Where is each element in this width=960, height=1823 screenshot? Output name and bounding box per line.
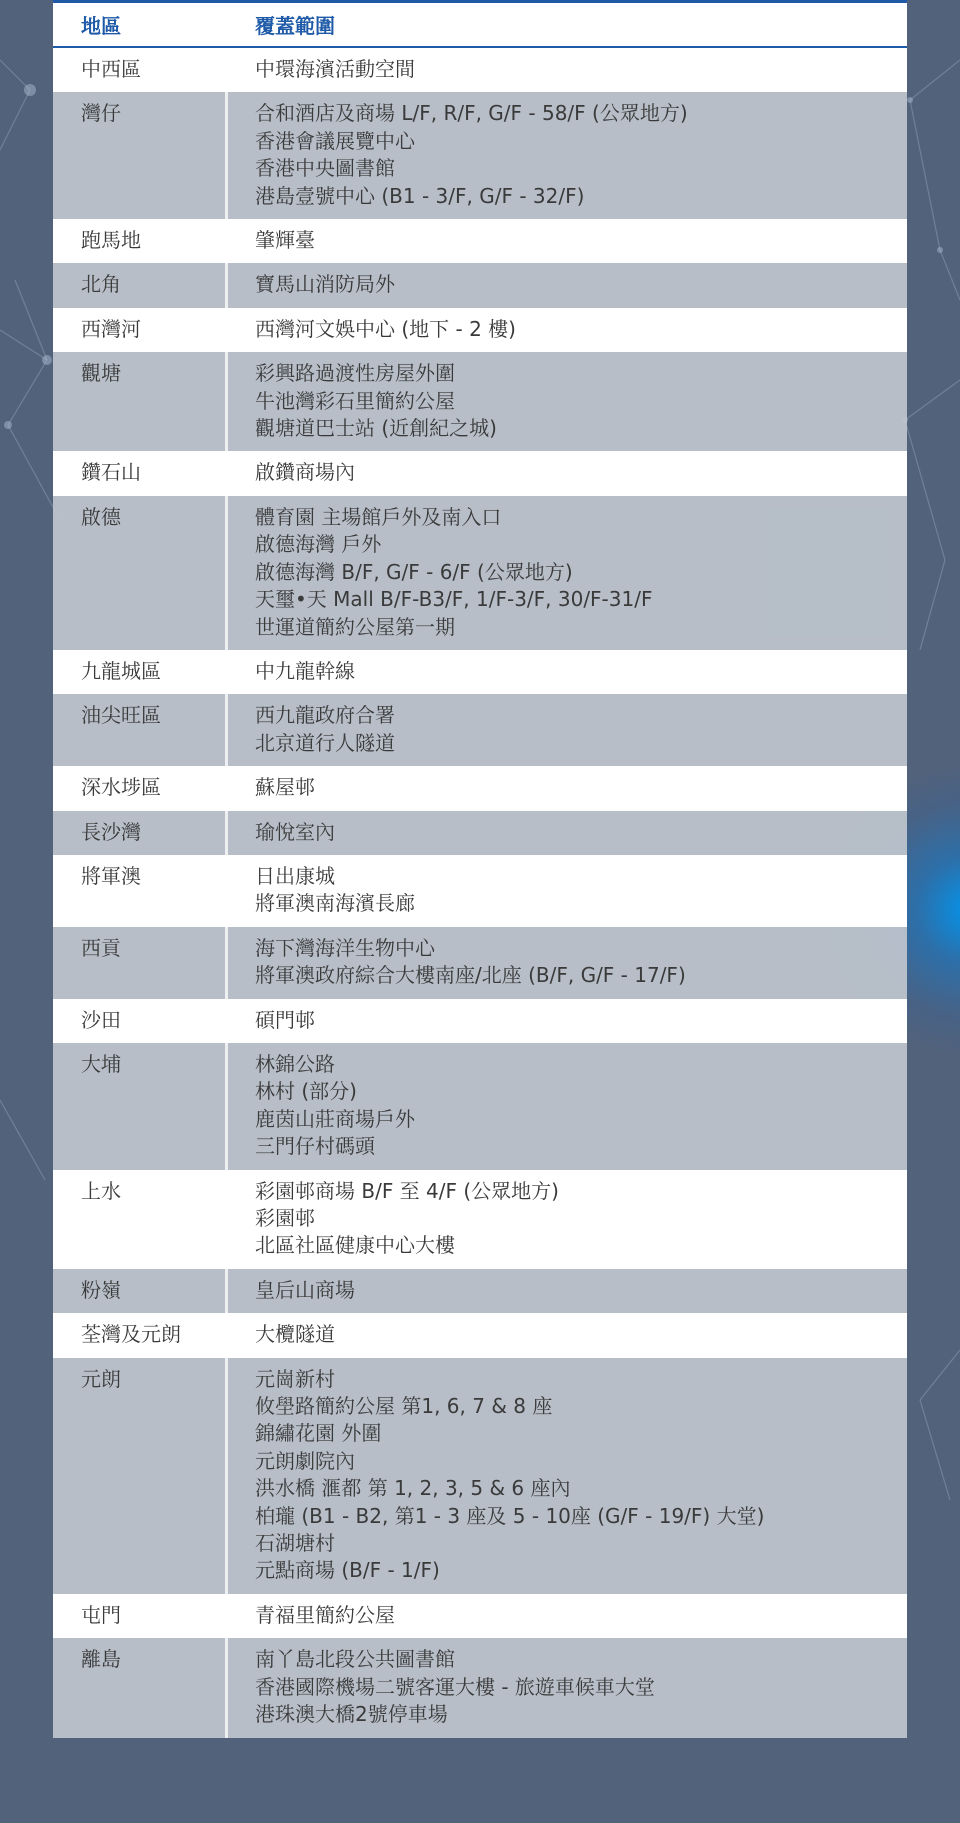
table-row: 上水彩園邨商場 B/F 至 4/F (公眾地方)彩園邨北區社區健康中心大樓 xyxy=(53,1170,907,1269)
location-item: 元朗劇院內 xyxy=(255,1448,907,1475)
table-row: 西貢海下灣海洋生物中心將軍澳政府綜合大樓南座/北座 (B/F, G/F - 17… xyxy=(53,927,907,999)
district-cell: 粉嶺 xyxy=(53,1269,228,1313)
location-item: 皇后山商場 xyxy=(255,1277,907,1304)
coverage-cell: 肇輝臺 xyxy=(228,219,907,263)
table-row: 西灣河西灣河文娛中心 (地下 - 2 樓) xyxy=(53,308,907,352)
location-item: 日出康城 xyxy=(255,863,907,890)
location-item: 觀塘道巴士站 (近創紀之城) xyxy=(255,415,907,442)
table-row: 大埔林錦公路林村 (部分)鹿茵山莊商場戶外三門仔村碼頭 xyxy=(53,1043,907,1170)
coverage-cell: 林錦公路林村 (部分)鹿茵山莊商場戶外三門仔村碼頭 xyxy=(228,1043,907,1170)
table-row: 屯門青福里簡約公屋 xyxy=(53,1594,907,1638)
coverage-cell: 元崗新村攸壆路簡約公屋 第1, 6, 7 & 8 座錦繡花園 外圍元朗劇院內洪水… xyxy=(228,1358,907,1594)
table-row: 長沙灣瑜悅室內 xyxy=(53,811,907,855)
coverage-cell: 西九龍政府合署北京道行人隧道 xyxy=(228,694,907,766)
coverage-cell: 瑜悅室內 xyxy=(228,811,907,855)
location-item: 元崗新村 xyxy=(255,1366,907,1393)
district-cell: 九龍城區 xyxy=(53,650,228,694)
district-cell: 中西區 xyxy=(53,48,228,92)
coverage-cell: 海下灣海洋生物中心將軍澳政府綜合大樓南座/北座 (B/F, G/F - 17/F… xyxy=(228,927,907,999)
table-row: 粉嶺皇后山商場 xyxy=(53,1269,907,1313)
district-cell: 屯門 xyxy=(53,1594,228,1638)
district-cell: 大埔 xyxy=(53,1043,228,1170)
location-item: 體育園 主場館戶外及南入口 xyxy=(255,504,907,531)
location-item: 香港會議展覽中心 xyxy=(255,128,907,155)
location-item: 啟德海灣 戶外 xyxy=(255,531,907,558)
district-cell: 觀塘 xyxy=(53,352,228,451)
table-row: 啟德體育園 主場館戶外及南入口啟德海灣 戶外啟德海灣 B/F, G/F - 6/… xyxy=(53,496,907,650)
table-row: 元朗元崗新村攸壆路簡約公屋 第1, 6, 7 & 8 座錦繡花園 外圍元朗劇院內… xyxy=(53,1358,907,1594)
location-item: 碩門邨 xyxy=(255,1007,907,1034)
coverage-cell: 皇后山商場 xyxy=(228,1269,907,1313)
coverage-cell: 大欖隧道 xyxy=(228,1313,907,1357)
table-row: 北角寶馬山消防局外 xyxy=(53,263,907,307)
location-item: 林錦公路 xyxy=(255,1051,907,1078)
table-header: 地區 覆蓋範圍 xyxy=(53,3,907,48)
location-item: 攸壆路簡約公屋 第1, 6, 7 & 8 座 xyxy=(255,1393,907,1420)
district-cell: 灣仔 xyxy=(53,92,228,219)
coverage-cell: 彩園邨商場 B/F 至 4/F (公眾地方)彩園邨北區社區健康中心大樓 xyxy=(228,1170,907,1269)
location-item: 世運道簡約公屋第一期 xyxy=(255,614,907,641)
coverage-cell: 碩門邨 xyxy=(228,999,907,1043)
district-cell: 西灣河 xyxy=(53,308,228,352)
table-row: 荃灣及元朗大欖隧道 xyxy=(53,1313,907,1357)
location-item: 青福里簡約公屋 xyxy=(255,1602,907,1629)
location-item: 彩園邨 xyxy=(255,1205,907,1232)
location-item: 中環海濱活動空間 xyxy=(255,56,907,83)
location-item: 北京道行人隧道 xyxy=(255,730,907,757)
location-item: 牛池灣彩石里簡約公屋 xyxy=(255,388,907,415)
location-item: 彩園邨商場 B/F 至 4/F (公眾地方) xyxy=(255,1178,907,1205)
coverage-cell: 寶馬山消防局外 xyxy=(228,263,907,307)
district-cell: 荃灣及元朗 xyxy=(53,1313,228,1357)
table-row: 深水埗區蘇屋邨 xyxy=(53,766,907,810)
coverage-cell: 啟鑽商場內 xyxy=(228,451,907,495)
coverage-cell: 中九龍幹線 xyxy=(228,650,907,694)
district-cell: 元朗 xyxy=(53,1358,228,1594)
coverage-cell: 彩興路過渡性房屋外圍牛池灣彩石里簡約公屋觀塘道巴士站 (近創紀之城) xyxy=(228,352,907,451)
location-item: 海下灣海洋生物中心 xyxy=(255,935,907,962)
coverage-cell: 體育園 主場館戶外及南入口啟德海灣 戶外啟德海灣 B/F, G/F - 6/F … xyxy=(228,496,907,650)
location-item: 啟德海灣 B/F, G/F - 6/F (公眾地方) xyxy=(255,559,907,586)
location-item: 將軍澳南海濱長廊 xyxy=(255,890,907,917)
location-item: 柏瓏 (B1 - B2, 第1 - 3 座及 5 - 10座 (G/F - 19… xyxy=(255,1503,907,1530)
location-item: 大欖隧道 xyxy=(255,1321,907,1348)
coverage-cell: 中環海濱活動空間 xyxy=(228,48,907,92)
district-cell: 沙田 xyxy=(53,999,228,1043)
location-item: 肇輝臺 xyxy=(255,227,907,254)
location-item: 北區社區健康中心大樓 xyxy=(255,1232,907,1259)
district-cell: 啟德 xyxy=(53,496,228,650)
location-item: 港島壹號中心 (B1 - 3/F, G/F - 32/F) xyxy=(255,183,907,210)
location-item: 香港中央圖書館 xyxy=(255,155,907,182)
location-item: 蘇屋邨 xyxy=(255,774,907,801)
district-cell: 將軍澳 xyxy=(53,855,228,927)
district-cell: 離島 xyxy=(53,1638,228,1737)
coverage-cell: 日出康城將軍澳南海濱長廊 xyxy=(228,855,907,927)
table-row: 鑽石山啟鑽商場內 xyxy=(53,451,907,495)
district-cell: 北角 xyxy=(53,263,228,307)
location-item: 啟鑽商場內 xyxy=(255,459,907,486)
location-item: 合和酒店及商場 L/F, R/F, G/F - 58/F (公眾地方) xyxy=(255,100,907,127)
table-row: 將軍澳日出康城將軍澳南海濱長廊 xyxy=(53,855,907,927)
district-cell: 跑馬地 xyxy=(53,219,228,263)
district-cell: 西貢 xyxy=(53,927,228,999)
district-cell: 鑽石山 xyxy=(53,451,228,495)
table-row: 跑馬地肇輝臺 xyxy=(53,219,907,263)
location-item: 天璽•天 Mall B/F-B3/F, 1/F-3/F, 30/F-31/F xyxy=(255,586,907,613)
coverage-cell: 青福里簡約公屋 xyxy=(228,1594,907,1638)
table-row: 九龍城區中九龍幹線 xyxy=(53,650,907,694)
location-item: 錦繡花園 外圍 xyxy=(255,1420,907,1447)
location-item: 寶馬山消防局外 xyxy=(255,271,907,298)
location-item: 南丫島北段公共圖書館 xyxy=(255,1646,907,1673)
location-item: 瑜悅室內 xyxy=(255,819,907,846)
header-district: 地區 xyxy=(53,10,228,39)
header-coverage: 覆蓋範圍 xyxy=(228,10,907,39)
location-item: 西灣河文娛中心 (地下 - 2 樓) xyxy=(255,316,907,343)
location-item: 林村 (部分) xyxy=(255,1078,907,1105)
location-item: 三門仔村碼頭 xyxy=(255,1133,907,1160)
location-item: 港珠澳大橋2號停車場 xyxy=(255,1701,907,1728)
table-row: 灣仔合和酒店及商場 L/F, R/F, G/F - 58/F (公眾地方)香港會… xyxy=(53,92,907,219)
table-row: 中西區中環海濱活動空間 xyxy=(53,48,907,92)
coverage-table: 地區 覆蓋範圍 中西區中環海濱活動空間灣仔合和酒店及商場 L/F, R/F, G… xyxy=(53,0,907,1738)
location-item: 西九龍政府合署 xyxy=(255,702,907,729)
location-item: 洪水橋 滙都 第 1, 2, 3, 5 & 6 座內 xyxy=(255,1475,907,1502)
table-row: 沙田碩門邨 xyxy=(53,999,907,1043)
district-cell: 深水埗區 xyxy=(53,766,228,810)
table-row: 離島南丫島北段公共圖書館香港國際機場二號客運大樓 - 旅遊車候車大堂港珠澳大橋2… xyxy=(53,1638,907,1737)
district-cell: 上水 xyxy=(53,1170,228,1269)
table-body: 中西區中環海濱活動空間灣仔合和酒店及商場 L/F, R/F, G/F - 58/… xyxy=(53,48,907,1738)
district-cell: 長沙灣 xyxy=(53,811,228,855)
location-item: 彩興路過渡性房屋外圍 xyxy=(255,360,907,387)
location-item: 元點商場 (B/F - 1/F) xyxy=(255,1557,907,1584)
location-item: 鹿茵山莊商場戶外 xyxy=(255,1106,907,1133)
coverage-cell: 南丫島北段公共圖書館香港國際機場二號客運大樓 - 旅遊車候車大堂港珠澳大橋2號停… xyxy=(228,1638,907,1737)
location-item: 香港國際機場二號客運大樓 - 旅遊車候車大堂 xyxy=(255,1674,907,1701)
location-item: 將軍澳政府綜合大樓南座/北座 (B/F, G/F - 17/F) xyxy=(255,962,907,989)
coverage-cell: 蘇屋邨 xyxy=(228,766,907,810)
location-item: 中九龍幹線 xyxy=(255,658,907,685)
table-row: 觀塘彩興路過渡性房屋外圍牛池灣彩石里簡約公屋觀塘道巴士站 (近創紀之城) xyxy=(53,352,907,451)
location-item: 石湖塘村 xyxy=(255,1530,907,1557)
coverage-cell: 合和酒店及商場 L/F, R/F, G/F - 58/F (公眾地方)香港會議展… xyxy=(228,92,907,219)
district-cell: 油尖旺區 xyxy=(53,694,228,766)
coverage-cell: 西灣河文娛中心 (地下 - 2 樓) xyxy=(228,308,907,352)
table-row: 油尖旺區西九龍政府合署北京道行人隧道 xyxy=(53,694,907,766)
